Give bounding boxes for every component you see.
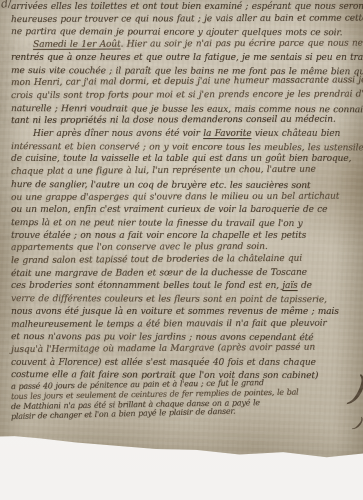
letter-line: mon Henri, car j'ai mal dormi, et depuis… — [11, 74, 358, 89]
letter-line: intéressant et bien conservé ; on y voit… — [11, 141, 358, 155]
letter-line: temps là et on ne peut nier toute la fin… — [11, 217, 358, 231]
letter-line: ces broderies sont étonnamment belles to… — [11, 280, 358, 293]
letter-line: Hier après dîner nous avons été voir la … — [11, 128, 358, 141]
letter-line: était une margrave de Baden et sœur de l… — [11, 266, 358, 280]
letter-line: crois qu'ils sont trop forts pour moi et… — [11, 88, 358, 102]
letter-line: chaque plat a une figure à lui, l'un rep… — [11, 163, 358, 178]
letter-line: heureuses pour trouver ce qui nous faut … — [11, 12, 358, 26]
letter-line: verre de différentes couleurs et les fle… — [11, 293, 358, 307]
letter-line: ou un melon, enfin c'est vraiment curieu… — [11, 204, 358, 217]
letter-line: le grand salon est tapissé tout de brode… — [11, 252, 358, 267]
letter-line: rentrés que à onze heures et que outre l… — [11, 52, 358, 65]
letter-line: malheureusement le temps a été bien mauv… — [11, 317, 358, 331]
letter-line: ou une grappe d'asperges qui s'ouvre dan… — [11, 190, 358, 204]
letter-line: Samedi le 1er Août. Hier au soir je n'ai… — [11, 38, 358, 52]
letter-body: arrivées elles les toilettes et ont tout… — [11, 1, 358, 422]
scanned-letter-page: arrivées elles les toilettes et ont tout… — [0, 0, 363, 500]
letter-line: couvent à Florence) est allée s'est masq… — [11, 357, 358, 370]
letter-paper: arrivées elles les toilettes et ont tout… — [0, 0, 363, 460]
letter-line: nous avons été jusque là en voiture et s… — [11, 306, 358, 319]
letter-line: jusqu'à l'Hermitage où madame la Margrav… — [11, 341, 358, 356]
letter-line: tant ni les propriétés ni la dose nous d… — [11, 114, 358, 128]
